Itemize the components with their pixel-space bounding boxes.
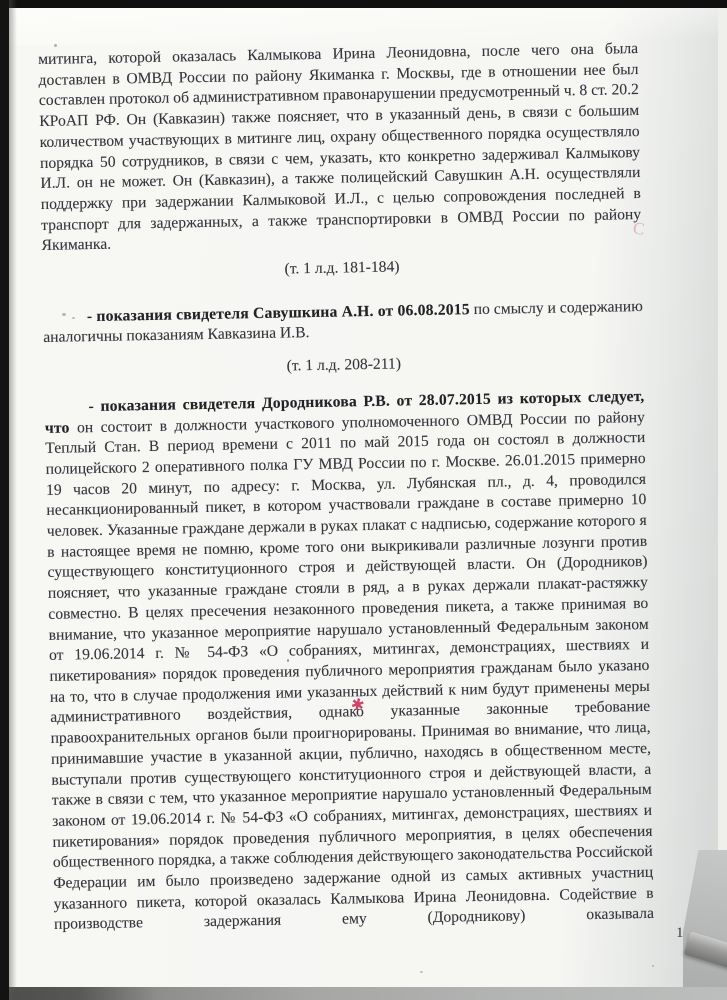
paper-right-edge — [718, 7, 727, 986]
scan-left-shadow — [9, 0, 17, 1000]
case-file-citation-1: (т. 1 л.д. 181-184) — [42, 253, 642, 285]
dorodnikov-testimony-text: он состоит в должности участкового уполн… — [45, 408, 654, 933]
scan-speck — [72, 317, 75, 319]
paragraph-kavkazin-testimony: митинга, которой оказалась Калмыкова Ири… — [38, 39, 642, 257]
scan-speck — [62, 313, 66, 316]
scanner-corner-shadow — [683, 850, 727, 1000]
scan-edge-left — [0, 0, 9, 1000]
scan-speck — [420, 971, 423, 973]
scan-speck — [287, 659, 289, 662]
scanner-bottom-edge — [9, 987, 727, 1000]
scan-edge-top — [0, 0, 727, 8]
savushkin-testimony-heading: - показания свидетеля Савушкина А.Н. от … — [87, 301, 470, 325]
paragraph-dorodnikov-testimony: - показания свидетеля Дородникова Р.В. о… — [44, 387, 654, 936]
red-pencil-check-mark: С — [631, 218, 646, 240]
scan-speck — [54, 44, 57, 47]
paragraph-savushkin-testimony: - показания свидетеля Савушкина А.Н. от … — [43, 297, 644, 349]
scanned-paper: митинга, которой оказалась Калмыкова Ири… — [0, 0, 727, 1000]
document-text-block: митинга, которой оказалась Калмыкова Ири… — [38, 39, 654, 936]
case-file-citation-2: (т. 1 л.д. 208-211) — [44, 350, 644, 382]
scan-speck — [652, 965, 654, 967]
